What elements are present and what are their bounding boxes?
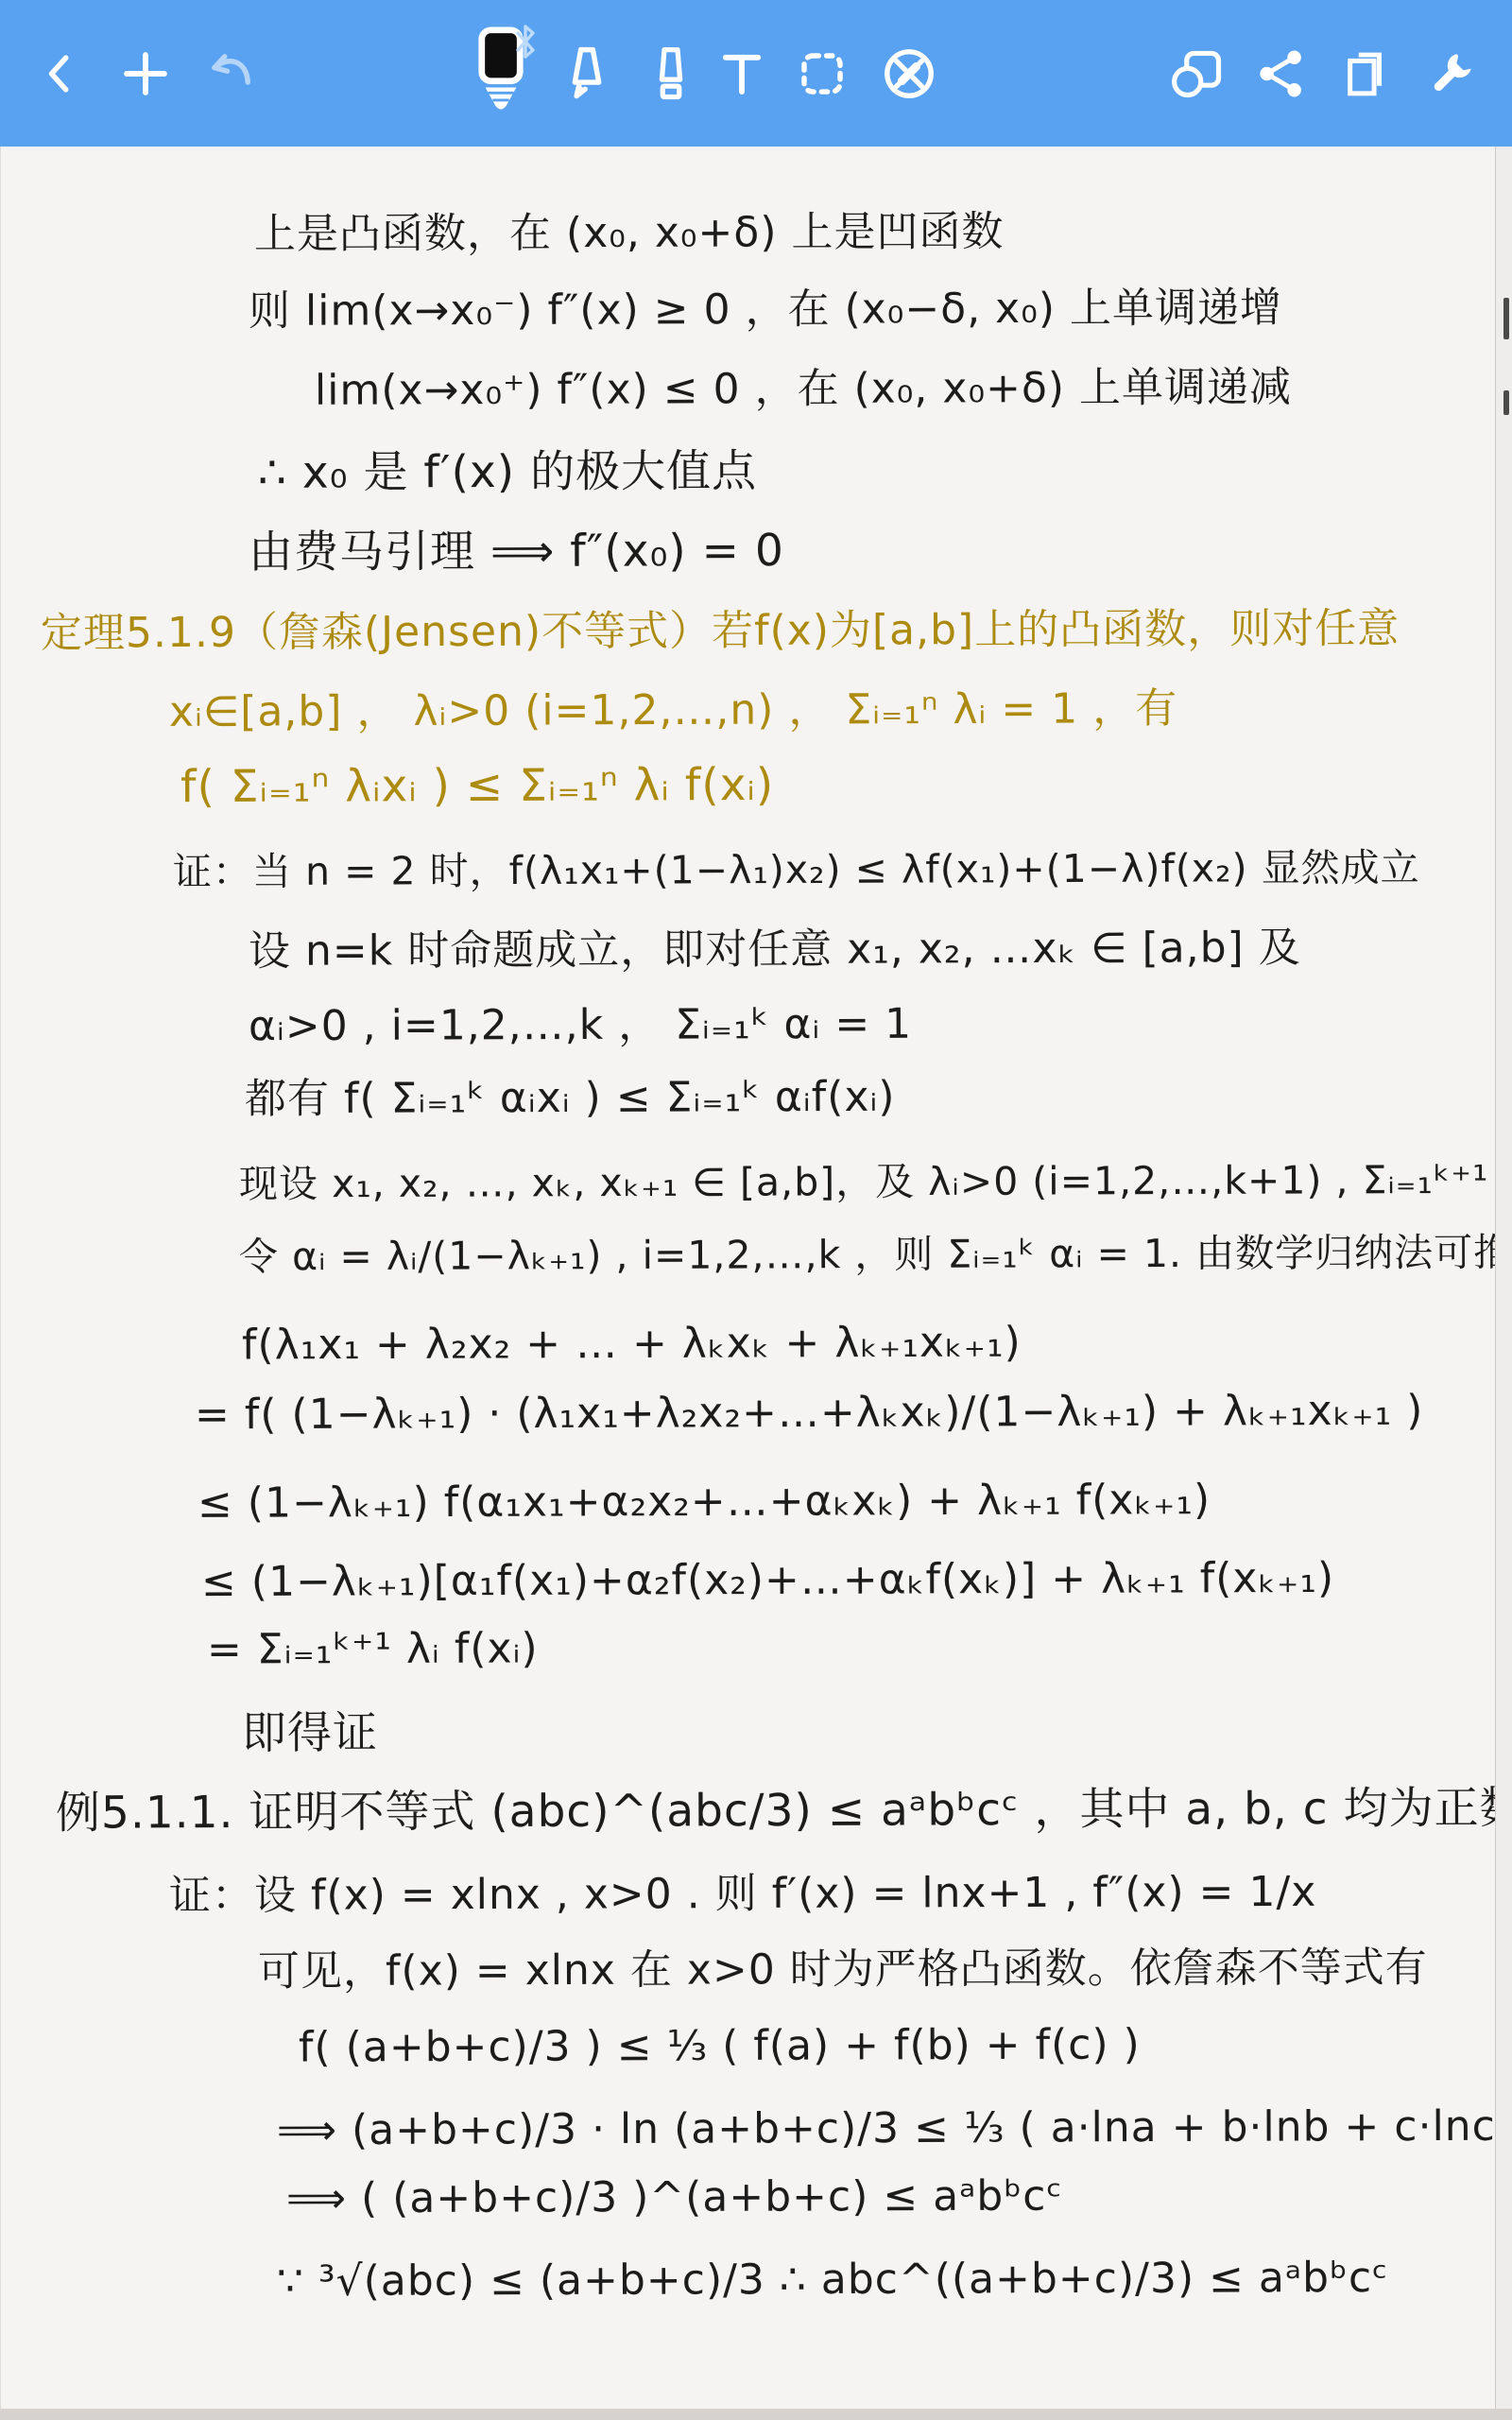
note-line: ≤ (1−λₖ₊₁)[α₁f(x₁)+α₂f(x₂)+…+αₖf(xₖ)] + … [201, 1555, 1334, 1607]
note-line: 令 αᵢ = λᵢ/(1−λₖ₊₁) , i=1,2,…,k ，则 Σᵢ₌₁ᵏ … [239, 1231, 1512, 1280]
pen-tool-button[interactable] [467, 19, 535, 130]
note-canvas[interactable]: 上是凸函数，在 (x₀, x₀+δ) 上是凹函数 则 lim(x→x₀⁻) f″… [0, 147, 1512, 2409]
text-tool-button[interactable] [712, 43, 772, 104]
back-chevron-icon [34, 48, 85, 99]
note-line: 则 lim(x→x₀⁻) f″(x) ≥ 0 ，在 (x₀−δ, x₀) 上单调… [249, 285, 1282, 336]
undo-arrow-icon [204, 46, 259, 101]
pages-button[interactable] [1335, 43, 1396, 104]
stroke-eraser-icon [880, 44, 938, 103]
note-line: ≤ (1−λₖ₊₁) f(α₁x₁+α₂x₂+…+αₖxₖ) + λₖ₊₁ f(… [198, 1477, 1211, 1528]
text-tool-icon [714, 46, 769, 101]
note-line: = Σᵢ₌₁ᵏ⁺¹ λᵢ f(xᵢ) [207, 1625, 539, 1674]
note-line: 上是凸函数，在 (x₀, x₀+δ) 上是凹函数 [254, 209, 1005, 259]
note-line: f(λ₁x₁ + λ₂x₂ + … + λₖxₖ + λₖ₊₁xₖ₊₁) [242, 1320, 1022, 1370]
scroll-mark [1503, 298, 1509, 339]
note-line: 设 n=k 时命题成立，即对任意 x₁, x₂, …xₖ ∈ [a,b] 及 [249, 925, 1301, 976]
eraser-icon [644, 43, 697, 104]
note-line: = f( (1−λₖ₊₁) · (λ₁x₁+λ₂x₂+…+λₖxₖ)/(1−λₖ… [195, 1388, 1424, 1440]
note-line: ∴ x₀ 是 f′(x) 的极大值点 [258, 446, 757, 499]
note-line: 证：当 n = 2 时，f(λ₁x₁+(1−λ₁)x₂) ≤ λf(x₁)+(1… [173, 846, 1420, 895]
highlighter-icon [559, 43, 614, 104]
screenshot-capture-button[interactable] [1167, 43, 1228, 104]
highlighter-tool-button[interactable] [557, 43, 617, 104]
note-line: lim(x→x₀⁺) f″(x) ≤ 0 ，在 (x₀, x₀+δ) 上单调递减 [315, 364, 1292, 415]
note-line: ⟹ ( (a+b+c)/3 )^(a+b+c) ≤ aᵃbᵇcᶜ [286, 2173, 1063, 2223]
undo-button[interactable] [201, 43, 262, 104]
note-line: 证：设 f(x) = xlnx , x>0 . 则 f′(x) = lnx+1 … [169, 1869, 1317, 1921]
wrench-icon [1423, 46, 1478, 101]
page-edge-strip [1495, 147, 1512, 2409]
screenshot-capture-icon [1169, 45, 1226, 102]
share-button[interactable] [1251, 43, 1312, 104]
note-line: xᵢ∈[a,b] ， λᵢ>0 (i=1,2,…,n) ， Σᵢ₌₁ⁿ λᵢ =… [169, 685, 1177, 736]
note-line: 由费马引理 ⟹ f″(x₀) = 0 [249, 526, 784, 579]
toolbar [0, 0, 1512, 147]
note-line: ∵ ³√(abc) ≤ (a+b+c)/3 ∴ abc^((a+b+c)/3) … [277, 2255, 1389, 2307]
pages-icon [1338, 46, 1393, 101]
pen-icon [472, 26, 530, 124]
back-button[interactable] [29, 43, 90, 104]
lasso-select-icon [795, 46, 850, 101]
stroke-eraser-button[interactable] [879, 43, 939, 104]
note-line: 可见，f(x) = xlnx 在 x>0 时为严格凸函数。依詹森不等式有 [258, 1945, 1428, 1996]
note-line: 现设 x₁, x₂, …, xₖ, xₖ₊₁ ∈ [a,b]，及 λᵢ>0 (i… [239, 1158, 1512, 1207]
note-line: 都有 f( Σᵢ₌₁ᵏ αᵢxᵢ ) ≤ Σᵢ₌₁ᵏ αᵢf(xᵢ) [245, 1074, 896, 1124]
share-icon [1254, 46, 1309, 101]
note-line: 定理5.1.9（詹森(Jensen)不等式）若f(x)为[a,b]上的凸函数，则… [41, 605, 1400, 658]
scroll-mark [1503, 390, 1509, 415]
note-line: 例5.1.1. 证明不等式 (abc)^(abc/3) ≤ aᵃbᵇcᶜ ，其中… [56, 1783, 1512, 1839]
note-line: f( (a+b+c)/3 ) ≤ ⅓ ( f(a) + f(b) + f(c) … [299, 2021, 1141, 2072]
note-line: αᵢ>0 , i=1,2,…,k ， Σᵢ₌₁ᵏ αᵢ = 1 [249, 1001, 912, 1051]
note-line: 即得证 [242, 1708, 378, 1760]
eraser-tool-button[interactable] [641, 43, 701, 104]
lasso-select-button[interactable] [792, 43, 852, 104]
note-line: f( Σᵢ₌₁ⁿ λᵢxᵢ ) ≤ Σᵢ₌₁ⁿ λᵢ f(xᵢ) [180, 760, 774, 813]
note-line: ⟹ (a+b+c)/3 · ln (a+b+c)/3 ≤ ⅓ ( a·lna +… [277, 2103, 1512, 2155]
plus-icon [118, 46, 173, 101]
tools-button[interactable] [1420, 43, 1481, 104]
bottom-bar [0, 2409, 1512, 2420]
add-page-button[interactable] [115, 43, 176, 104]
